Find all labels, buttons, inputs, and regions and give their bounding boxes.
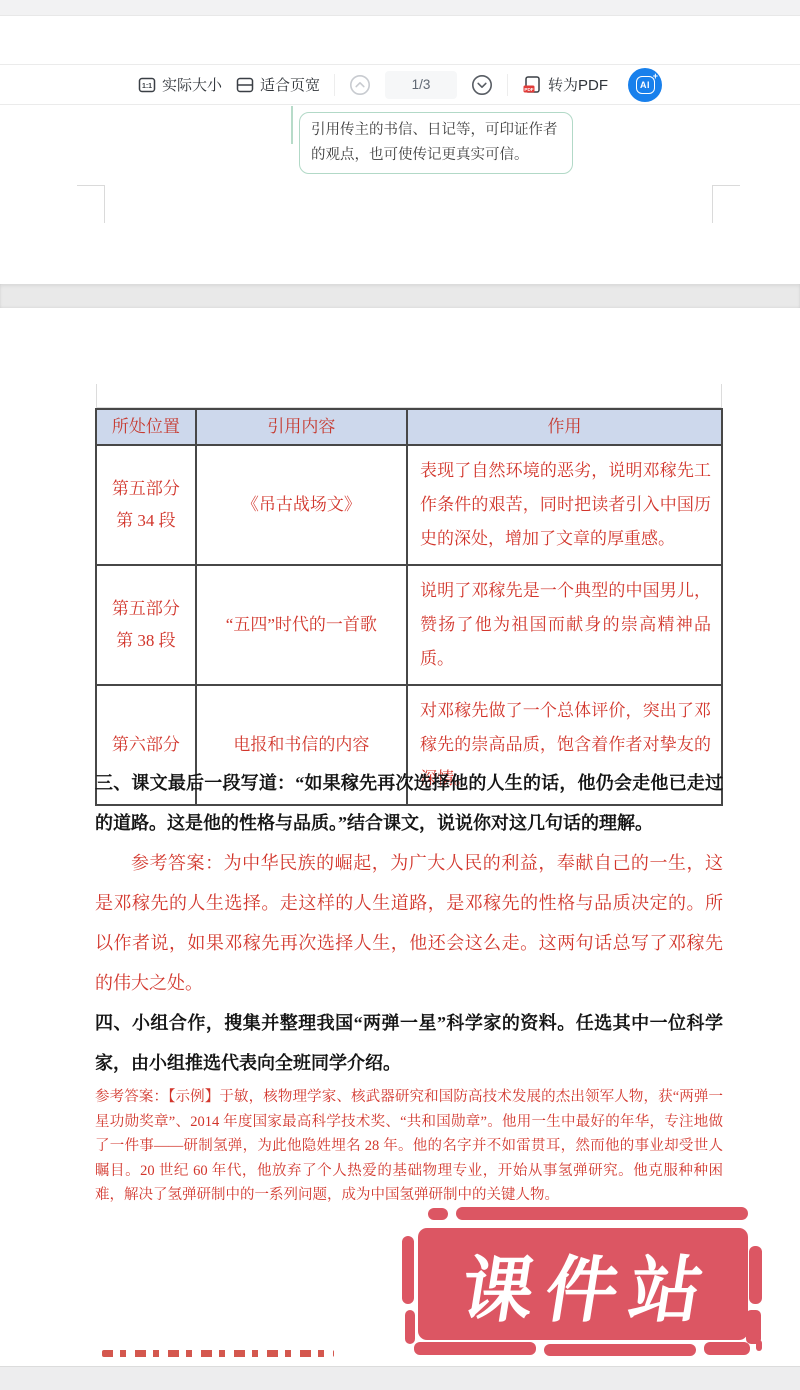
previous-page-button[interactable] [349,74,371,96]
document-viewport[interactable]: 引用传主的书信、日记等，可印证作者的观点，也可使传记更真实可信。 所处位置 引用… [0,106,800,1366]
content-cell: “五四”时代的一首歌 [196,565,407,685]
question-3: 三、课文最后一段写道：“如果稼先再次选择他的人生的话，他仍会走他已走过的道路。这… [95,763,723,843]
stamp-text: 课件站 [443,1232,723,1336]
page-gap [0,284,800,308]
text-boundary-mark [77,185,105,223]
effect-cell: 说明了邓稼先是一个典型的中国男儿，赞扬了他为祖国而献身的崇高精神品质。 [407,565,722,685]
ai-assistant-button[interactable]: AI + [628,68,662,102]
page-indicator[interactable]: 1/3 [385,71,457,99]
callout-text: 引用传主的书信、日记等，可印证作者的观点，也可使传记更真实可信。 [311,122,558,163]
position-cell: 第五部分 第 38 段 [96,565,196,685]
question-4: 四、小组合作，搜集并整理我国“两弹一星”科学家的资料。任选其中一位科学家，由小组… [95,1003,723,1083]
document-text: 三、课文最后一段写道：“如果稼先再次选择他的人生的话，他仍会走他已走过的道路。这… [95,763,723,1208]
svg-text:PDF: PDF [524,86,533,91]
content-cell: 《吊古战场文》 [196,445,407,565]
fit-width-icon [236,76,254,94]
fit-width-label: 适合页宽 [260,74,320,95]
toolbar-divider [507,74,508,96]
chevron-up-icon [349,74,371,96]
text-boundary-mark [96,384,722,408]
viewer-toolbar: 1:1 实际大小 适合页宽 1/3 [0,64,800,105]
citation-table: 所处位置 引用内容 作用 第五部分 第 34 段 《吊古战场文》 表现了自然环境… [95,408,723,806]
ai-icon: AI [636,76,655,94]
chevron-down-icon [471,74,493,96]
next-page-button[interactable] [471,74,493,96]
actual-size-button[interactable]: 1:1 实际大小 [138,74,222,95]
actual-size-label: 实际大小 [162,74,222,95]
table-row: 第五部分 第 34 段 《吊古战场文》 表现了自然环境的恶劣，说明邓稼先工作条件… [96,445,722,565]
actual-size-icon: 1:1 [138,76,156,94]
text-boundary-mark [712,185,740,223]
clipped-text-remnant [102,1350,334,1357]
window-top-strip [0,0,800,16]
annotation-callout: 引用传主的书信、日记等，可印证作者的观点，也可使传记更真实可信。 [299,112,573,174]
effect-cell: 表现了自然环境的恶劣，说明邓稼先工作条件的艰苦，同时把读者引入中国历史的深处，增… [407,445,722,565]
table-header-row: 所处位置 引用内容 作用 [96,409,722,445]
column-header: 所处位置 [96,409,196,445]
table-row: 第五部分 第 38 段 “五四”时代的一首歌 说明了邓稼先是一个典型的中国男儿，… [96,565,722,685]
position-cell: 第五部分 第 34 段 [96,445,196,565]
pdf-viewer-window: 1:1 实际大小 适合页宽 1/3 [0,0,800,1390]
answer-3: 参考答案：为中华民族的崛起，为广大人民的利益，奉献自己的一生，这是邓稼先的人生选… [95,843,723,1003]
column-header: 作用 [407,409,722,445]
page-indicator-value: 1/3 [412,77,431,92]
column-header: 引用内容 [196,409,407,445]
callout-leader-line [291,106,293,144]
fit-width-button[interactable]: 适合页宽 [236,74,320,95]
stamp-body: 课件站 [418,1228,748,1340]
toolbar-divider [334,74,335,96]
app-header-blank [0,17,800,64]
window-bottom-bar [0,1366,800,1390]
ai-plus-icon: + [653,72,658,81]
convert-pdf-label: 转为PDF [548,74,608,95]
watermark-stamp: 课件站 [402,1190,762,1360]
svg-text:1:1: 1:1 [142,83,152,90]
convert-pdf-icon: PDF [522,75,542,95]
convert-to-pdf-button[interactable]: PDF 转为PDF [522,74,608,95]
